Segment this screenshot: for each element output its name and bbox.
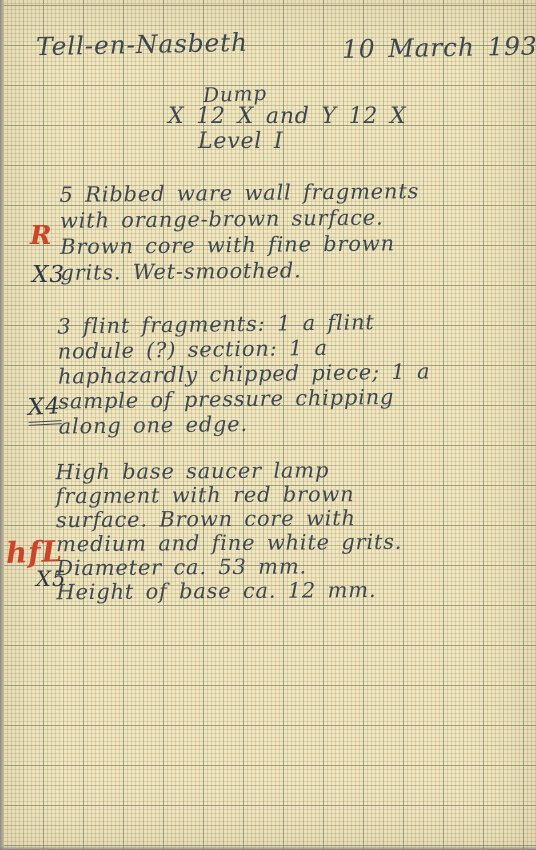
entry3-line: Diameter ca. 53 mm. <box>56 554 402 580</box>
entry2-line: along one edge. <box>59 409 432 439</box>
entry2-text: 3 flint fragments: 1 a flint nodule (?) … <box>57 309 431 439</box>
entry1-red-mark: R <box>30 221 53 251</box>
entry1-line: grits. Wet-smoothed. <box>60 256 420 286</box>
entry1-line: 5 Ribbed ware wall fragments <box>59 178 419 208</box>
entry3-line: surface. Brown core with <box>56 506 402 532</box>
level-label: Level I <box>198 129 283 154</box>
scan-left-edge <box>0 0 4 850</box>
entry3-line: medium and fine white grits. <box>56 530 402 556</box>
entry3-line: fragment with red brown <box>56 482 402 508</box>
entry1-line: Brown core with fine brown <box>60 230 420 260</box>
entry2-line: 3 flint fragments: 1 a flint <box>57 309 430 339</box>
entry2-registration-number: X4 <box>27 393 62 426</box>
entry3-line: Height of base ca. 12 mm. <box>56 578 402 604</box>
entry3-line: High base saucer lamp <box>56 458 402 484</box>
scan-bottom-edge <box>0 846 536 850</box>
notebook-page: Tell-en-Nasbeth 10 March 1932 Dump X 12 … <box>0 0 536 850</box>
entry2-line: sample of pressure chipping <box>58 384 431 414</box>
entry3-red-mark: hfL <box>5 534 63 570</box>
entry1-text: 5 Ribbed ware wall fragments with orange… <box>59 178 420 286</box>
site-name: Tell-en-Nasbeth <box>36 28 248 61</box>
record-date: 10 March 1932 <box>342 31 536 64</box>
excavation-squares: X 12 X and Y 12 X <box>168 104 406 129</box>
entry1-line: with orange-brown surface. <box>60 204 420 234</box>
entry3-text: High base saucer lamp fragment with red … <box>56 458 403 604</box>
